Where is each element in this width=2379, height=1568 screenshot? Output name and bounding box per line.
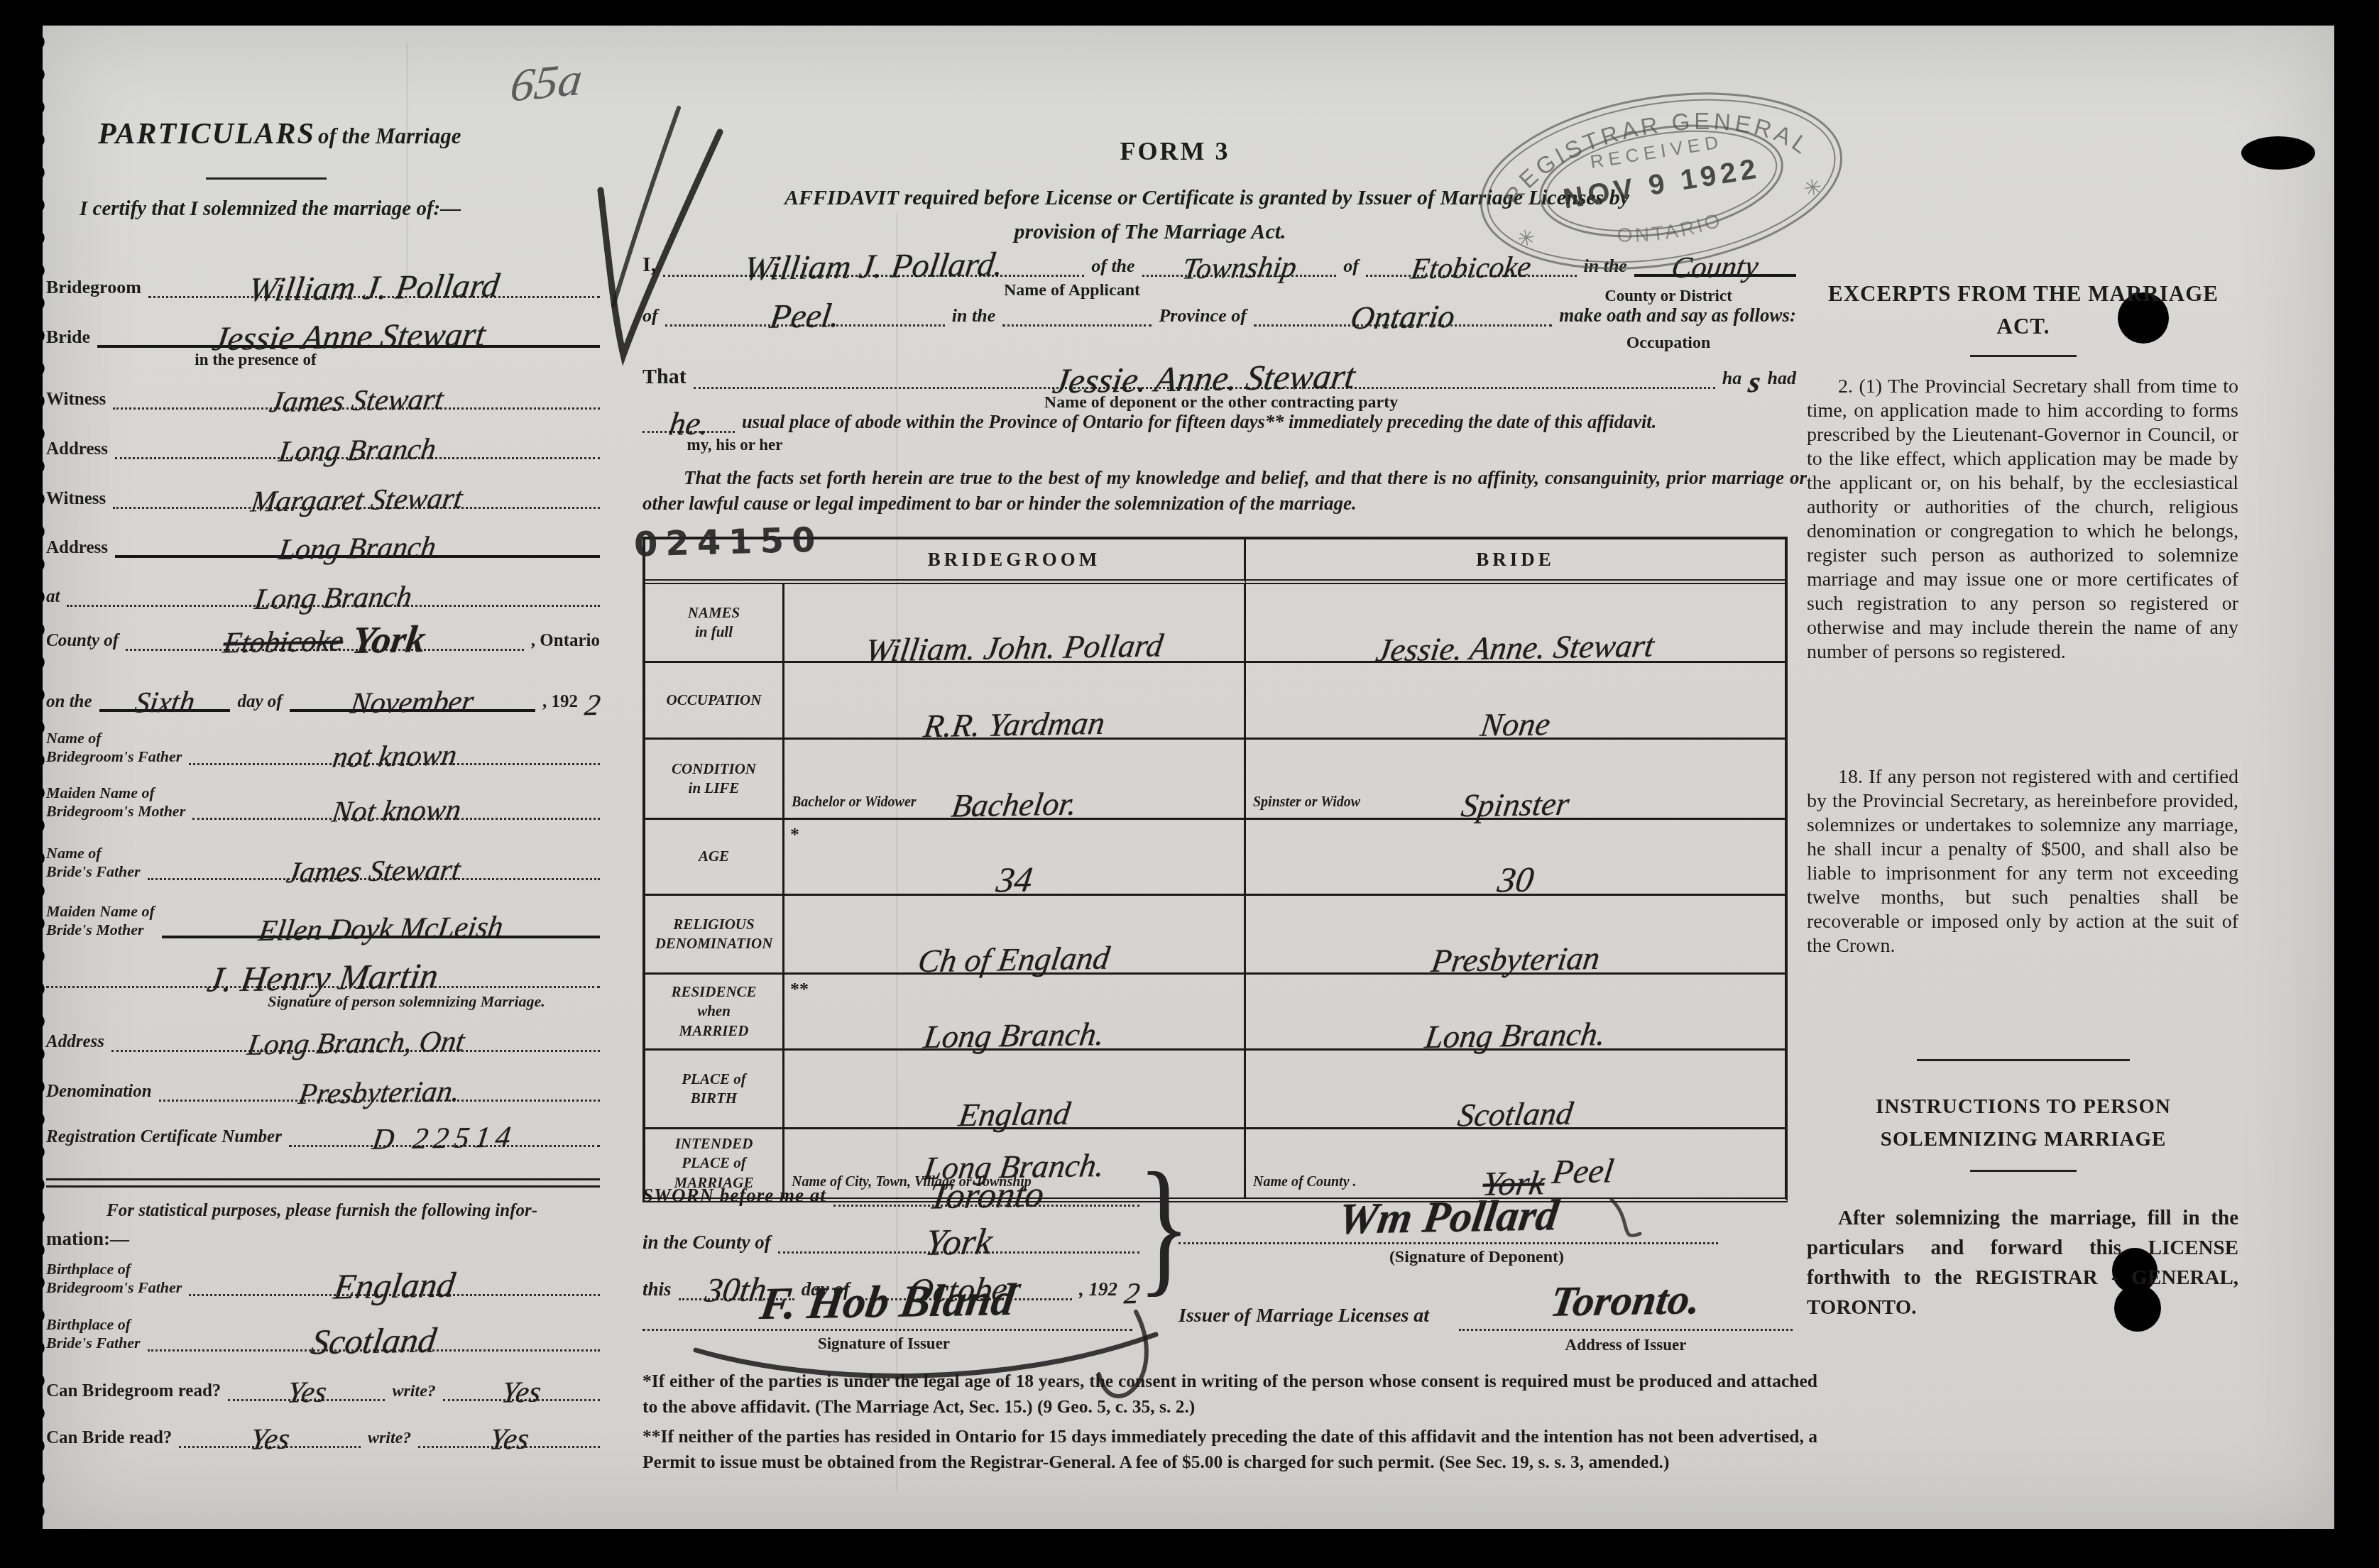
condition-groom-value: Bachelor.: [950, 791, 1078, 818]
age-groom-cell: * 34: [784, 820, 1246, 896]
address3-label: Address: [46, 1032, 104, 1052]
religion-bride-value: Presbyterian: [1430, 945, 1601, 973]
can-bride-read-line: Yes: [179, 1424, 361, 1449]
pronoun-value: he.: [667, 411, 710, 436]
birth-bride-cell: Scotland: [1246, 1051, 1785, 1129]
deponent-fill: Jessie. Anne. Stewart: [694, 361, 1715, 390]
abode-line: he. usual place of abode within the Prov…: [642, 389, 1796, 433]
condition-bride-sublabel: Spinster or Widow: [1253, 794, 1360, 811]
bp-groom-father-value: England: [332, 1271, 456, 1300]
witness2-row: Witness Margaret Stewart: [46, 463, 600, 509]
witness1-line: James Stewart: [113, 385, 600, 410]
address1-label: Address: [46, 439, 108, 459]
witness2-line: Margaret Stewart: [113, 485, 600, 510]
issuer-address-caption: Address of Issuer: [1505, 1336, 1746, 1354]
excerpt-section-18: 18. If any person not registered with an…: [1807, 765, 2238, 958]
names-bride-cell: Jessie. Anne. Stewart: [1246, 584, 1785, 663]
registration-number: D 22514: [371, 1126, 518, 1151]
county-label: County of: [46, 631, 119, 651]
in-the2-token: in the: [952, 305, 995, 327]
solemnizer-signature: J. Henry Martin: [206, 963, 440, 993]
address1-line: Long Branch: [115, 435, 600, 460]
condition-bride-value: Spinster: [1460, 791, 1570, 818]
sworn-place-row: SWORN before me at Toronto: [642, 1164, 1139, 1207]
bride-write-value: Yes: [488, 1428, 530, 1451]
footnote-residence: **If neither of the parties has resided …: [642, 1424, 1817, 1475]
groom-mother-line: Not known: [192, 796, 600, 821]
can-groom-row: Can Bridegroom read? Yes write? Yes: [46, 1357, 600, 1401]
at-label: at: [46, 587, 60, 607]
at-line: Long Branch: [67, 583, 600, 608]
excerpts-heading2: ACT.: [1807, 311, 2240, 343]
county-row: County of Etobicoke York , Ontario: [46, 605, 600, 651]
stamp-arc-bottom-textpath: ONTARIO: [1614, 207, 1727, 251]
instructions-heading2: SOLEMNIZING MARRIAGE: [1807, 1124, 2240, 1154]
instructions-text: After solemnizing the marriage, fill in …: [1807, 1203, 2238, 1322]
groom-mother-label: Maiden Name of Bridegroom's Mother: [46, 784, 185, 820]
county2-fill: Peel.: [665, 299, 945, 327]
township-value: Township: [1181, 256, 1297, 280]
bride-row: Bride Jessie Anne Stewart: [46, 301, 600, 348]
bridegroom-row: Bridegroom William J. Pollard: [46, 250, 600, 298]
year-prefix: , 192: [542, 692, 578, 712]
facts-paragraph: That the facts set forth herein are true…: [642, 466, 1807, 517]
age-groom-value: 34: [995, 866, 1034, 893]
bridegroom-name: William J. Pollard: [247, 273, 501, 303]
month-line: November: [290, 687, 535, 713]
date-month: November: [349, 691, 476, 716]
address2-line: Long Branch: [115, 533, 600, 559]
can-groom-label: Can Bridegroom read?: [46, 1381, 221, 1401]
pronoun-caption: my, his or her: [642, 436, 827, 454]
stamp-star-right: ✳: [1803, 175, 1824, 202]
birth-row-label: PLACE of BIRTH: [645, 1051, 784, 1129]
bp-bride-father-row: Birthplace of Bride's Father Scotland: [46, 1302, 600, 1352]
bp-groom-father-label: Birthplace of Bridegroom's Father: [46, 1260, 182, 1296]
can-bride-label: Can Bride read?: [46, 1428, 172, 1448]
denomination-line: Presbyterian.: [159, 1078, 600, 1102]
address2-value: Long Branch: [278, 537, 438, 561]
groom-father-label: Name of Bridegroom's Father: [46, 729, 182, 765]
address3-line: Long Branch, Ont: [111, 1028, 600, 1053]
table-header-bride: BRIDE: [1246, 539, 1785, 584]
occupation-bride-cell: None: [1246, 663, 1785, 740]
day-line: Sixth: [99, 687, 231, 713]
section-divider: [46, 1178, 600, 1188]
bride-father-label: Name of Bride's Father: [46, 844, 141, 880]
applicant-fill: William J. Pollard.: [663, 249, 1084, 277]
county-value: York: [351, 625, 427, 654]
address1-row: Address Long Branch: [46, 413, 600, 459]
bp-bride-father-label: Birthplace of Bride's Father: [46, 1315, 141, 1352]
issuer-signature-caption: Signature of Issuer: [767, 1334, 1001, 1353]
bride-write-label: write?: [368, 1429, 411, 1448]
occupation-bride-value: None: [1479, 712, 1551, 738]
issuer-address-value: Toronto.: [1549, 1283, 1702, 1318]
bride-mother-row: Maiden Name of Bride's Mother Ellen Doyk…: [46, 889, 600, 938]
township-fill: Township: [1142, 253, 1337, 278]
issuer-signature-line: F. Hob Bland: [642, 1249, 1132, 1331]
residence-groom-value: Long Branch.: [922, 1021, 1106, 1049]
religion-bride-cell: Presbyterian: [1246, 896, 1785, 975]
stamp-star-left: ✳: [1516, 226, 1537, 252]
names-row-label: NAMES in full: [645, 584, 784, 663]
county-line: Etobicoke York: [126, 620, 524, 652]
that-token: That: [642, 365, 687, 389]
bridegroom-bride-table: BRIDEGROOM BRIDE NAMES in full William. …: [642, 537, 1788, 1202]
groom-write-value: Yes: [501, 1381, 542, 1404]
county2-value: Peel.: [768, 303, 841, 330]
occupation-fill: Ontario: [1254, 300, 1552, 327]
abode-text: usual place of abode within the Province…: [742, 411, 1656, 433]
can-bride-write-line: Yes: [418, 1424, 600, 1449]
at-row: at Long Branch: [46, 561, 600, 607]
bridegroom-line: William J. Pollard: [148, 270, 600, 298]
names-groom-value: William. John. Pollard: [864, 633, 1164, 663]
names-groom-cell: William. John. Pollard: [784, 584, 1246, 663]
occupation-groom-cell: R.R. Yardman: [784, 663, 1246, 740]
registration-label: Registration Certificate Number: [46, 1127, 282, 1147]
province-of-token: Province of: [1159, 305, 1246, 327]
sworn-place-line: Toronto: [833, 1177, 1139, 1207]
registration-line: D 22514: [289, 1123, 600, 1148]
sworn-label: SWORN before me at: [642, 1185, 826, 1207]
address2-row: Address Long Branch: [46, 512, 600, 558]
excerpt-section-2: 2. (1) The Provincial Secretary shall fr…: [1807, 375, 2238, 664]
certify-statement: I certify that I solemnized the marriage…: [80, 197, 461, 221]
bride-label: Bride: [46, 327, 90, 348]
bride-mother-label: Maiden Name of Bride's Mother: [46, 902, 155, 938]
address2-label: Address: [46, 538, 108, 558]
bride-name: Jessie Anne Stewart: [210, 322, 486, 353]
deponent-line: That Jessie. Anne. Stewart ha s had: [642, 342, 1796, 389]
registrar-general-received-stamp: REGISTRAR GENERAL ONTARIO RECEIVED NOV 9…: [1459, 78, 1864, 284]
bp-bride-father-line: Scotland: [148, 1323, 600, 1352]
bride-father-value: James Stewart: [285, 859, 462, 884]
registration-row: Registration Certificate Number D 22514: [46, 1102, 600, 1147]
condition-groom-sublabel: Bachelor or Widower: [792, 794, 917, 811]
bride-father-row: Name of Bride's Father James Stewart: [46, 830, 600, 880]
solemnizer-line: J. Henry Martin: [46, 960, 600, 989]
bridegroom-label: Bridegroom: [46, 277, 141, 298]
birth-groom-value: England: [957, 1101, 1071, 1127]
address3-value: Long Branch, Ont: [246, 1031, 466, 1057]
names-bride-value: Jessie. Anne. Stewart: [1375, 633, 1656, 662]
particulars-title-rest: of the Marriage: [318, 124, 461, 148]
pronoun-fill: he.: [642, 407, 735, 434]
residence-groom-cell: ** Long Branch.: [784, 975, 1246, 1051]
age-bride-cell: 30: [1246, 820, 1785, 896]
date-day: Sixth: [133, 691, 197, 715]
sworn-place-value: Toronto: [927, 1181, 1046, 1211]
witness1-name: James Stewart: [268, 388, 445, 414]
on-the-label: on the: [46, 692, 92, 712]
day-of-label: day of: [237, 692, 282, 712]
excerpts-heading1: EXCERPTS FROM THE MARRIAGE: [1807, 278, 2240, 310]
witness1-label: Witness: [46, 390, 106, 410]
of3-token: of: [642, 305, 658, 327]
occupation-row-label: OCCUPATION: [645, 663, 784, 740]
issuer-signature: F. Hob Bland: [758, 1283, 1017, 1321]
sworn-county-row: in the County of York: [642, 1211, 1139, 1254]
of2-token: of: [1343, 256, 1359, 277]
witness2-name: Margaret Stewart: [249, 488, 464, 514]
bp-groom-father-row: Birthplace of Bridegroom's Father Englan…: [46, 1246, 600, 1296]
groom-father-line: not known: [189, 741, 600, 766]
blank-fill: [1002, 324, 1152, 327]
ha-token: ha: [1722, 368, 1741, 389]
witness1-row: Witness James Stewart: [46, 363, 600, 410]
oath-text: make oath and say as follows:: [1559, 305, 1796, 327]
witness2-label: Witness: [46, 489, 106, 509]
can-bride-row: Can Bride read? Yes write? Yes: [46, 1404, 600, 1448]
deponent-signature-line: Wm Pollard: [1178, 1164, 1718, 1244]
groom-mother-value: Not known: [330, 799, 462, 824]
table-header-bridegroom: BRIDEGROOM: [784, 539, 1246, 584]
of-the-token: of the: [1091, 256, 1134, 277]
serial-number-stamp: 024150: [633, 520, 824, 565]
religion-row-label: RELIGIOUS DENOMINATION: [645, 896, 784, 975]
pencil-docket-number: 65a: [509, 62, 584, 104]
residence-row-label: RESIDENCE when MARRIED: [645, 975, 784, 1051]
issuer-at-label: Issuer of Marriage Licenses at: [1178, 1305, 1429, 1327]
denomination-label: Denomination: [46, 1082, 152, 1102]
instructions-heading1: INSTRUCTIONS TO PERSON: [1807, 1092, 2240, 1122]
instructions-top-rule: [1917, 1059, 2130, 1061]
denomination-row: Denomination Presbyterian.: [46, 1056, 600, 1102]
can-groom-read-line: Yes: [228, 1377, 385, 1402]
solemnizer-row: J. Henry Martin: [46, 936, 600, 988]
applicant-name: William J. Pollard.: [743, 252, 1005, 282]
groom-father-row: Name of Bridegroom's Father not known: [46, 716, 600, 765]
age-row-label: AGE: [645, 820, 784, 896]
title-rule: [206, 177, 327, 180]
i-token: I,: [642, 253, 656, 277]
bp-groom-father-line: England: [189, 1268, 600, 1297]
had-token: had: [1768, 368, 1796, 389]
religion-groom-value: Ch of England: [917, 945, 1112, 973]
bride-father-line: James Stewart: [148, 856, 600, 881]
address1-value: Long Branch: [278, 439, 438, 464]
excerpts-rule: [1970, 355, 2077, 357]
can-groom-write-line: Yes: [443, 1377, 600, 1402]
scanned-marriage-affidavit: { "annotations": { "pencil_note": "65a",…: [0, 0, 2379, 1568]
county-suffix: , Ontario: [531, 631, 600, 651]
address3-row: Address Long Branch, Ont: [46, 1007, 600, 1052]
residence-footnote-marker: **: [790, 979, 809, 1000]
occupation-groom-value: R.R. Yardman: [922, 711, 1106, 738]
bride-line: Jessie Anne Stewart: [97, 319, 600, 348]
issuer-address-line: Toronto.: [1459, 1249, 1793, 1331]
instructions-rule: [1970, 1170, 2077, 1172]
residence-bride-value: Long Branch.: [1423, 1021, 1607, 1049]
groom-write-label: write?: [392, 1382, 435, 1401]
county-struck-value: Etobicoke: [222, 630, 345, 654]
footnote-consent: *If either of the parties is under the l…: [642, 1369, 1817, 1420]
condition-bride-cell: Spinster or Widow Spinster: [1246, 740, 1785, 820]
bp-bride-father-value: Scotland: [310, 1327, 438, 1356]
religion-groom-cell: Ch of England: [784, 896, 1246, 975]
particulars-title: PARTICULARS of the Marriage: [98, 117, 496, 151]
occupation-line: of Peel. in the Province of Ontario make…: [642, 283, 1796, 327]
particulars-title-main: PARTICULARS: [98, 118, 315, 150]
statistical-intro: For statistical purposes, please furnish…: [106, 1201, 603, 1221]
groom-mother-row: Maiden Name of Bridegroom's Mother Not k…: [46, 770, 600, 820]
age-footnote-marker: *: [790, 824, 799, 845]
groom-father-value: not known: [331, 745, 458, 769]
condition-row-label: CONDITION in LIFE: [645, 740, 784, 820]
residence-bride-cell: Long Branch.: [1246, 975, 1785, 1051]
date-row: on the Sixth day of November , 192 2: [46, 666, 600, 712]
stamp-arc-bottom-text: ONTARIO: [1614, 207, 1727, 251]
bride-mother-line: Ellen Doyk McLeish: [162, 914, 600, 939]
date-year: 2: [584, 694, 601, 717]
birth-bride-value: Scotland: [1456, 1101, 1574, 1127]
province-value: Ontario: [1350, 304, 1457, 330]
deponent-signature: Wm Pollard: [1336, 1199, 1560, 1236]
birth-groom-cell: England: [784, 1051, 1246, 1129]
punch-hole: [2241, 136, 2315, 170]
bride-read-value: Yes: [249, 1428, 291, 1451]
condition-groom-cell: Bachelor or Widower Bachelor.: [784, 740, 1246, 820]
age-bride-value: 30: [1496, 866, 1535, 893]
groom-read-value: Yes: [285, 1381, 327, 1404]
